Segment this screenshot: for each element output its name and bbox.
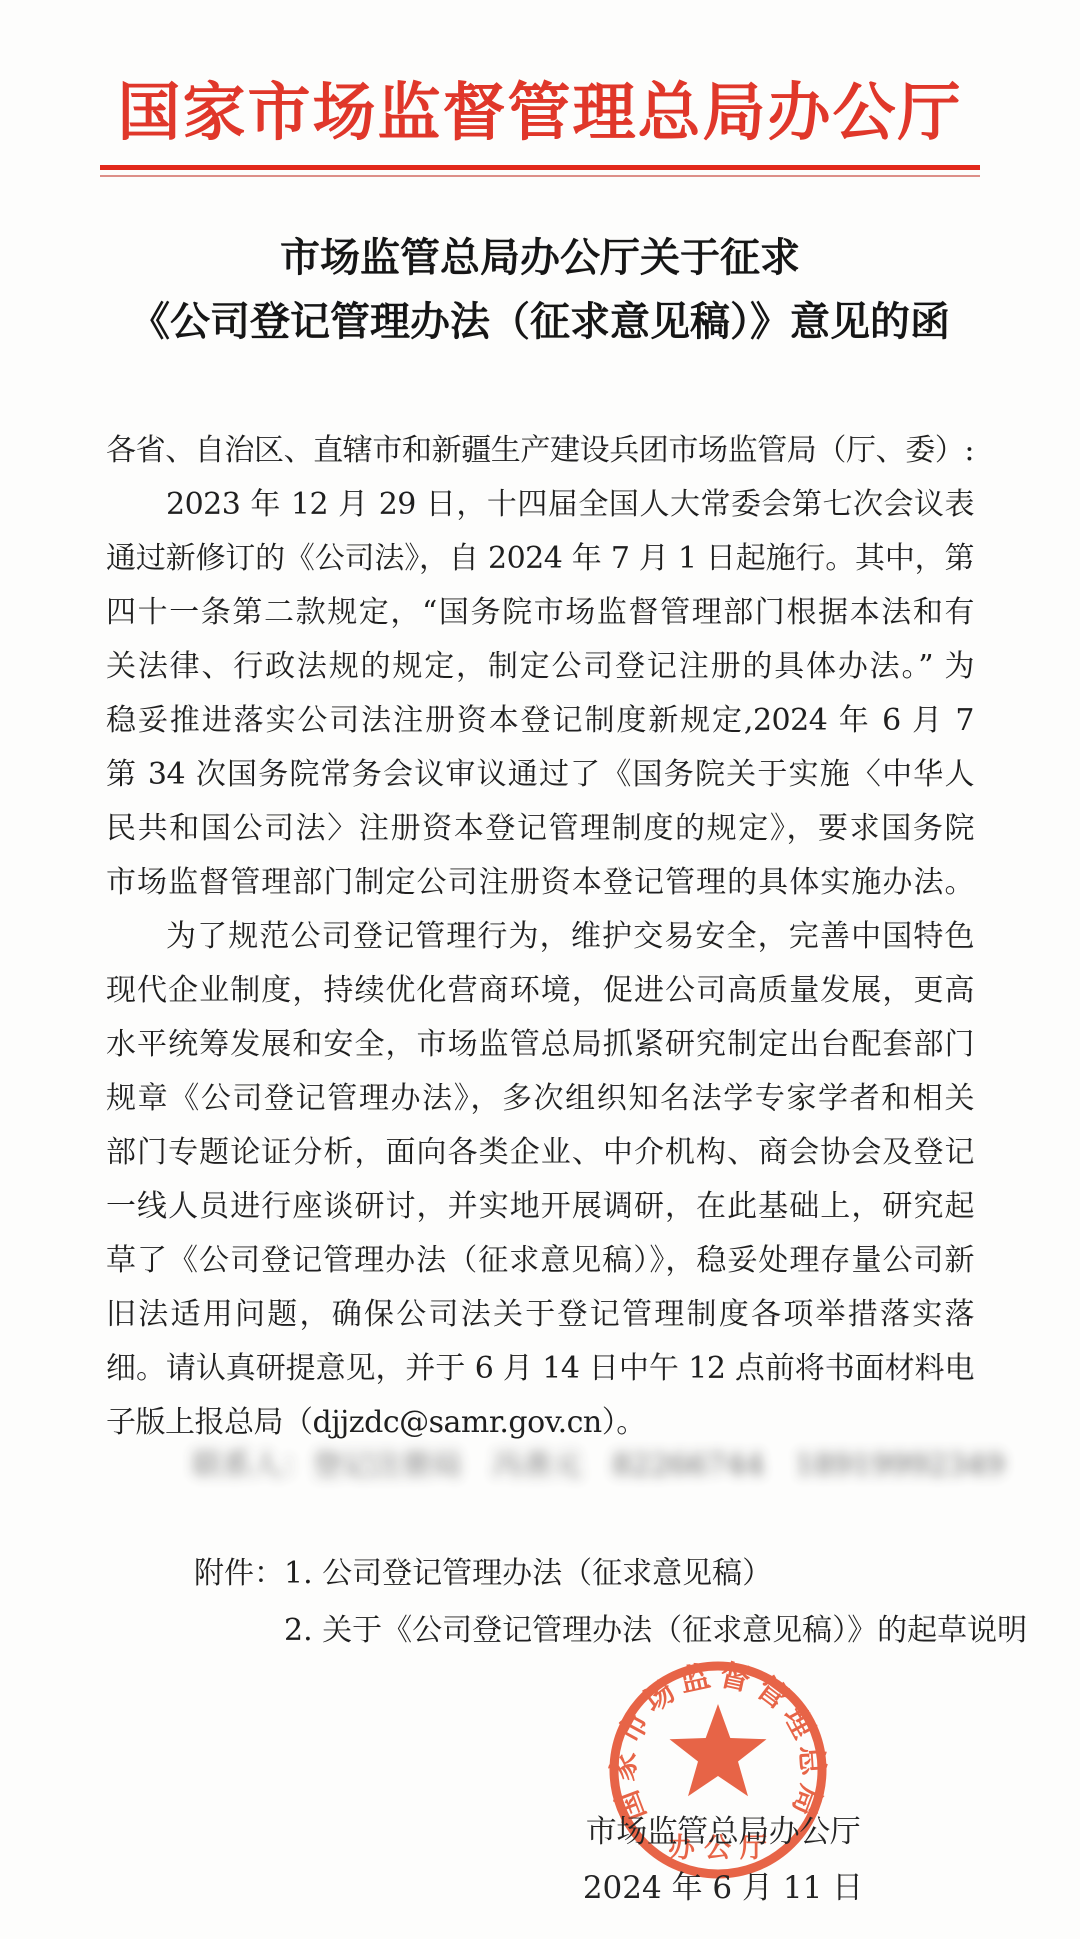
body-line: 为了规范公司登记管理行为，维护交易安全，完善中国特色 xyxy=(106,910,974,964)
official-seal: 国家市场监督管理总局 办公厅 xyxy=(600,1652,836,1888)
body-line: 民共和国公司法〉注册资本登记管理制度的规定》，要求国务院 xyxy=(106,802,974,856)
body-line: 第 34 次国务院常务会议审议通过了《国务院关于实施〈中华人 xyxy=(106,748,974,802)
body-line: 关法律、行政法规的规定，制定公司登记注册的具体办法。” 为 xyxy=(106,640,974,694)
body-line: 一线人员进行座谈研讨，并实地开展调研，在此基础上，研究起 xyxy=(106,1180,974,1234)
document-title: 市场监管总局办公厅关于征求 《公司登记管理办法（征求意见稿）》意见的函 xyxy=(0,226,1080,354)
signing-date: 2024 年 6 月 11 日 xyxy=(453,1862,993,1907)
body-line: 部门专题论证分析，面向各类企业、中介机构、商会协会及登记 xyxy=(106,1126,974,1180)
body-line: 水平统筹发展和安全，市场监管总局抓紧研究制定出台配套部门 xyxy=(106,1018,974,1072)
attachment-item-2: 2. 关于《公司登记管理办法（征求意见稿）》的起草说明 xyxy=(284,1613,1027,1648)
document-page: 国家市场监督管理总局办公厅 市场监管总局办公厅关于征求 《公司登记管理办法（征求… xyxy=(0,0,1080,1939)
attachments-label: 附件： xyxy=(194,1556,284,1591)
letterhead-agency-name: 国家市场监督管理总局办公厅 xyxy=(0,62,1080,153)
body-line: 现代企业制度，持续优化营商环境，促进公司高质量发展，更高 xyxy=(106,964,974,1018)
attachment-line-1: 附件：1. 公司登记管理办法（征求意见稿） xyxy=(194,1545,994,1602)
body-line: 细。请认真研提意见，并于 6 月 14 日中午 12 点前将书面材料电 xyxy=(106,1342,974,1396)
body-line: 稳妥推进落实公司法注册资本登记制度新规定,2024 年 6 月 7 日， xyxy=(106,694,974,748)
body-line: 市场监督管理部门制定公司注册资本登记管理的具体实施办法。 xyxy=(106,856,974,910)
contact-info-blurred: 联系人：登记注册局 冯善元 82266744 18919992349 xyxy=(192,1446,912,1486)
body-line: 各省、自治区、直辖市和新疆生产建设兵团市场监管局（厅、委）: xyxy=(106,424,974,478)
body-line: 四十一条第二款规定，“国务院市场监督管理部门根据本法和有 xyxy=(106,586,974,640)
letter-body: 各省、自治区、直辖市和新疆生产建设兵团市场监管局（厅、委）:2023 年 12 … xyxy=(106,424,974,1450)
body-line: 子版上报总局（djjzdc@samr.gov.cn）。 xyxy=(106,1396,974,1450)
body-line: 旧法适用问题，确保公司法关于登记管理制度各项举措落实落 xyxy=(106,1288,974,1342)
attachment-item-1: 1. 公司登记管理办法（征求意见稿） xyxy=(284,1556,772,1591)
document-title-line2: 《公司登记管理办法（征求意见稿）》意见的函 xyxy=(0,290,1080,354)
body-line: 通过新修订的《公司法》，自 2024 年 7 月 1 日起施行。其中，第 xyxy=(106,532,974,586)
body-line: 2023 年 12 月 29 日，十四届全国人大常委会第七次会议表决 xyxy=(106,478,974,532)
letterhead-double-rule xyxy=(100,165,980,177)
body-line: 规章《公司登记管理办法》，多次组织知名法学专家学者和相关 xyxy=(106,1072,974,1126)
body-line: 草了《公司登记管理办法（征求意见稿）》，稳妥处理存量公司新 xyxy=(106,1234,974,1288)
attachments-block: 附件：1. 公司登记管理办法（征求意见稿） 2. 关于《公司登记管理办法（征求意… xyxy=(194,1545,994,1659)
signing-organization: 市场监管总局办公厅 xyxy=(453,1806,993,1851)
document-title-line1: 市场监管总局办公厅关于征求 xyxy=(0,226,1080,290)
seal-star-icon xyxy=(670,1704,767,1796)
attachment-line-2: 2. 关于《公司登记管理办法（征求意见稿）》的起草说明 xyxy=(284,1602,994,1659)
